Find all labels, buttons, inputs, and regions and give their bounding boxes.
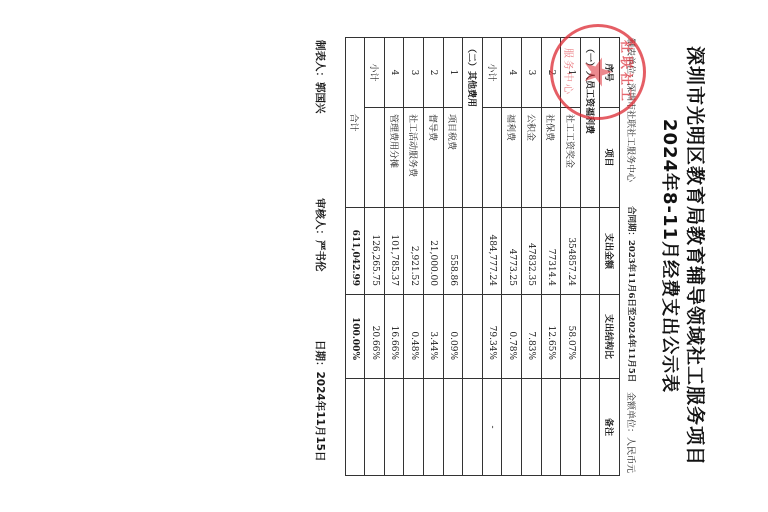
row-amount: 77314.4 bbox=[541, 208, 561, 295]
expenditure-table: 序号 项目 支出金额 支出结构比 备注 （一）人员工资福利费 1 社工工资奖金 … bbox=[345, 37, 620, 476]
row-ratio: 0.78% bbox=[502, 295, 522, 379]
row-ratio: 16.66% bbox=[384, 295, 404, 379]
row-remark bbox=[522, 379, 542, 476]
table-row: 4 管理费用分摊 101,785.37 16.66% bbox=[384, 38, 404, 476]
row-ratio: 58.07% bbox=[561, 295, 581, 379]
row-amount: 47832.35 bbox=[522, 208, 542, 295]
section-header-row: （一）人员工资福利费 bbox=[580, 38, 600, 476]
row-remark bbox=[443, 379, 463, 476]
currency-unit: 金额单位：人民币元 bbox=[625, 392, 638, 473]
row-remark bbox=[384, 379, 404, 476]
subtotal-label: 小计 bbox=[365, 38, 385, 108]
table-row: 4 福利费 4773.25 0.78% bbox=[502, 38, 522, 476]
row-no: 1 bbox=[561, 38, 581, 108]
preparer-signature: 制表人：郭国兴 bbox=[313, 40, 328, 114]
subtotal-ratio: 79.34% bbox=[482, 295, 502, 379]
table-row: 2 督导费 21,000.00 3.44% bbox=[424, 38, 444, 476]
subtotal-remark bbox=[365, 379, 385, 476]
row-no: 4 bbox=[384, 38, 404, 108]
row-ratio: 3.44% bbox=[424, 295, 444, 379]
total-amount: 611,042.99 bbox=[345, 208, 365, 295]
row-item: 管理费用分摊 bbox=[384, 108, 404, 208]
subtotal-row: 小计 484,777.24 79.34% - bbox=[482, 38, 502, 476]
section-header-row: （二）其他费用 bbox=[463, 38, 483, 476]
section-label: （一）人员工资福利费 bbox=[580, 38, 600, 208]
row-remark bbox=[404, 379, 424, 476]
subtotal-remark: - bbox=[482, 379, 502, 476]
row-no: 3 bbox=[522, 38, 542, 108]
header-ratio: 支出结构比 bbox=[600, 295, 620, 379]
row-no: 3 bbox=[404, 38, 424, 108]
document-date: 日期：2024年11月15日 bbox=[313, 340, 328, 461]
row-amount: 4773.25 bbox=[502, 208, 522, 295]
row-item: 项目税费 bbox=[443, 108, 463, 208]
table-row: 1 项目税费 558.86 0.09% bbox=[443, 38, 463, 476]
row-ratio: 12.65% bbox=[541, 295, 561, 379]
row-amount: 354857.24 bbox=[561, 208, 581, 295]
table-row: 3 公积金 47832.35 7.83% bbox=[522, 38, 542, 476]
header-amount: 支出金额 bbox=[600, 208, 620, 295]
row-item: 社工活动服务费 bbox=[404, 108, 424, 208]
subtotal-amount: 484,777.24 bbox=[482, 208, 502, 295]
row-item: 社工工资奖金 bbox=[561, 108, 581, 208]
subtotal-ratio: 20.66% bbox=[365, 295, 385, 379]
row-ratio: 0.48% bbox=[404, 295, 424, 379]
row-no: 1 bbox=[443, 38, 463, 108]
subtotal-label: 小计 bbox=[482, 38, 502, 108]
header-item: 项目 bbox=[600, 108, 620, 208]
document-title: 深圳市光明区教育局教育辅导领域社工服务项目 bbox=[683, 0, 710, 512]
row-item: 福利费 bbox=[502, 108, 522, 208]
row-amount: 21,000.00 bbox=[424, 208, 444, 295]
row-remark bbox=[424, 379, 444, 476]
row-item: 督导费 bbox=[424, 108, 444, 208]
table-row: 1 社工工资奖金 354857.24 58.07% bbox=[561, 38, 581, 476]
row-remark bbox=[561, 379, 581, 476]
row-amount: 2,921.52 bbox=[404, 208, 424, 295]
table-row: 2 社保费 77314.4 12.65% bbox=[541, 38, 561, 476]
total-row: 合计 611,042.99 100.00% bbox=[345, 38, 365, 476]
table-header-row: 序号 项目 支出金额 支出结构比 备注 bbox=[600, 38, 620, 476]
row-ratio: 0.09% bbox=[443, 295, 463, 379]
subtotal-row: 小计 126,265.75 20.66% bbox=[365, 38, 385, 476]
document-subtitle: 2024年8-11月经费支出公示表 bbox=[658, 0, 684, 512]
subtotal-amount: 126,265.75 bbox=[365, 208, 385, 295]
row-remark bbox=[541, 379, 561, 476]
total-remark bbox=[345, 379, 365, 476]
reviewer-signature: 审核人：严书伦 bbox=[313, 198, 328, 272]
section-label: （二）其他费用 bbox=[463, 38, 483, 208]
row-no: 2 bbox=[541, 38, 561, 108]
preparing-organization: 制表单位：深圳市社联社工服务中心 bbox=[625, 38, 638, 182]
header-no: 序号 bbox=[600, 38, 620, 108]
row-no: 2 bbox=[424, 38, 444, 108]
contract-period: 合同期：2023年11月6日至2024年11月5日 bbox=[626, 206, 638, 382]
header-remark: 备注 bbox=[600, 379, 620, 476]
row-ratio: 7.83% bbox=[522, 295, 542, 379]
total-label: 合计 bbox=[345, 38, 365, 208]
row-item: 公积金 bbox=[522, 108, 542, 208]
row-amount: 101,785.37 bbox=[384, 208, 404, 295]
row-remark bbox=[502, 379, 522, 476]
total-ratio: 100.00% bbox=[345, 295, 365, 379]
table-row: 3 社工活动服务费 2,921.52 0.48% bbox=[404, 38, 424, 476]
document-page: 深圳市光明区教育局教育辅导领域社工服务项目 2024年8-11月经费支出公示表 … bbox=[0, 0, 768, 512]
row-amount: 558.86 bbox=[443, 208, 463, 295]
row-no: 4 bbox=[502, 38, 522, 108]
row-item: 社保费 bbox=[541, 108, 561, 208]
